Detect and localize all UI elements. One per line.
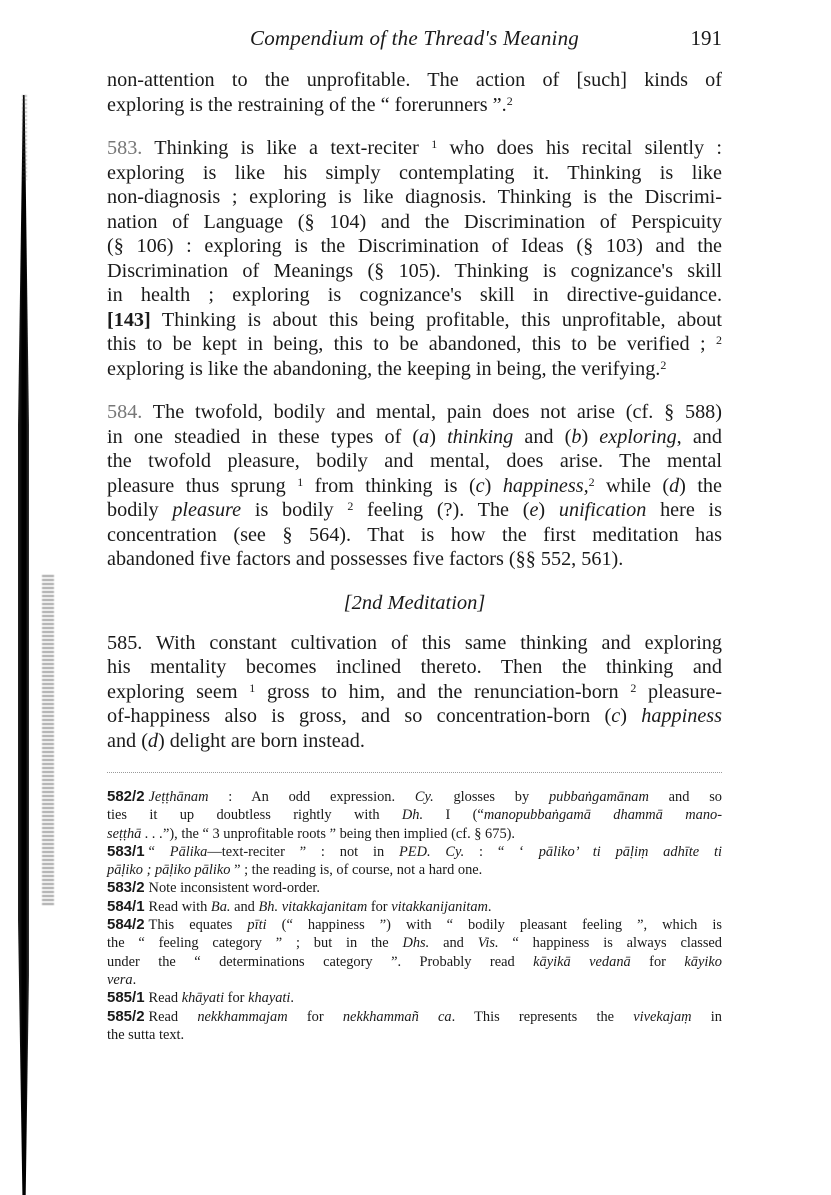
text-line: 585. With constant cultivation of this s… bbox=[107, 631, 722, 656]
footnote-marker: 2 bbox=[507, 94, 513, 108]
section-heading: [2nd Meditation] bbox=[107, 592, 722, 615]
book-binding-shadow bbox=[18, 95, 29, 1195]
text-line: [143] Thinking is about this being profi… bbox=[107, 308, 722, 333]
footnote-marker: 2 bbox=[660, 358, 666, 372]
running-header: Compendium of the Thread's Meaning 191 bbox=[107, 22, 722, 62]
footnote-ref: 585/2 bbox=[107, 1008, 145, 1025]
paragraph-583: 583. Thinking is like a text-reciter 1 w… bbox=[107, 136, 722, 381]
footnote-583-1: 583/1“ Pālika—text-reciter ” : not in PE… bbox=[107, 843, 722, 880]
paragraph-number: 584. bbox=[107, 401, 142, 423]
footnote-ref: 585/1 bbox=[107, 989, 145, 1006]
text-line: in one steadied in these types of (a) th… bbox=[107, 425, 722, 450]
text-line: Discrimination of Meanings (§ 105). Thin… bbox=[107, 259, 722, 284]
text-line: exploring seem 1 gross to him, and the r… bbox=[107, 680, 722, 705]
text-line: non-diagnosis ; exploring is like diagno… bbox=[107, 185, 722, 210]
text-line: in health ; exploring is cognizance's sk… bbox=[107, 283, 722, 308]
text-line: abandoned five factors and possesses fiv… bbox=[107, 547, 722, 572]
paragraph-number: 585. bbox=[107, 632, 142, 654]
footnote-585-2: 585/2Read nekkhammajam for nekkhammañ ca… bbox=[107, 1008, 722, 1045]
footnote-582-2: 582/2Jeṭṭhānam : An odd expression. Cy. … bbox=[107, 788, 722, 843]
text-line: pleasure thus sprung 1 from thinking is … bbox=[107, 474, 722, 499]
page-edge-shadow-top bbox=[22, 95, 27, 180]
page-edge-shadow bbox=[42, 575, 54, 905]
text-line: the twofold pleasure, bodily and mental,… bbox=[107, 449, 722, 474]
footnotes: 582/2Jeṭṭhānam : An odd expression. Cy. … bbox=[107, 788, 722, 1044]
paragraph-585: 585. With constant cultivation of this s… bbox=[107, 631, 722, 754]
text-line: of-happiness also is gross, and so conce… bbox=[107, 704, 722, 729]
text-line: (§ 106) : exploring is the Discriminatio… bbox=[107, 234, 722, 259]
paragraph-continued: non-attention to the unprofitable. The a… bbox=[107, 68, 722, 117]
text-line: non-attention to the unprofitable. The a… bbox=[107, 68, 722, 93]
text-line: his mentality becomes inclined thereto. … bbox=[107, 655, 722, 680]
footnote-ref: 584/1 bbox=[107, 898, 145, 915]
footnote-ref: 583/2 bbox=[107, 879, 145, 896]
text-line: exploring is the restraining of the “ fo… bbox=[107, 93, 722, 118]
footnote-584-2: 584/2This equates pīti (“ happiness ”) w… bbox=[107, 916, 722, 989]
text-line: and (d) delight are born instead. bbox=[107, 729, 722, 754]
text-line: exploring is like the abandoning, the ke… bbox=[107, 357, 722, 382]
text-line: exploring is like his simply contemplati… bbox=[107, 161, 722, 186]
paragraph-number: 583. bbox=[107, 137, 142, 159]
footnote-ref: 584/2 bbox=[107, 916, 145, 933]
text-line: bodily pleasure is bodily 2 feeling (?).… bbox=[107, 498, 722, 523]
text-line: this to be kept in being, this to be aba… bbox=[107, 332, 722, 357]
footnote-ref: 582/2 bbox=[107, 788, 145, 805]
text-line: 584. The twofold, bodily and mental, pai… bbox=[107, 400, 722, 425]
page-number: 191 bbox=[691, 26, 723, 51]
text-line: nation of Language (§ 104) and the Discr… bbox=[107, 210, 722, 235]
footnote-ref: 583/1 bbox=[107, 843, 145, 860]
footnote-583-2: 583/2Note inconsistent word-order. bbox=[107, 879, 722, 897]
footnote-marker: 2 bbox=[716, 333, 722, 347]
footnote-584-1: 584/1Read with Ba. and Bh. vitakkajanita… bbox=[107, 898, 722, 916]
running-title: Compendium of the Thread's Meaning bbox=[107, 26, 722, 51]
text-line: concentration (see § 564). That is how t… bbox=[107, 523, 722, 548]
footnote-585-1: 585/1Read khāyati for khayati. bbox=[107, 989, 722, 1007]
book-page: Compendium of the Thread's Meaning 191 n… bbox=[107, 22, 722, 1044]
footnote-separator bbox=[107, 772, 722, 774]
original-page-marker: [143] bbox=[107, 309, 151, 331]
paragraph-584: 584. The twofold, bodily and mental, pai… bbox=[107, 400, 722, 572]
text-line: 583. Thinking is like a text-reciter 1 w… bbox=[107, 136, 722, 161]
